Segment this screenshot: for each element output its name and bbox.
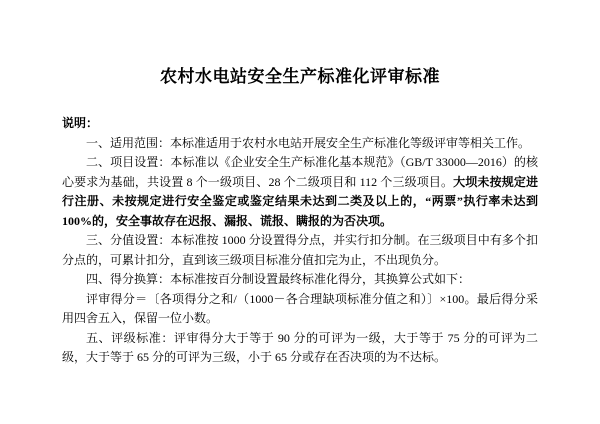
document-page: 农村水电站安全生产标准化评审标准 说明： 一、适用范围：本标准适用于农村水电站开… — [0, 0, 600, 424]
paragraph-score-setup: 三、分值设置：本标准按 1000 分设置得分点，并实行扣分制。在三级项目中有多个… — [62, 231, 538, 270]
section-label: 说明： — [62, 114, 538, 134]
document-body: 说明： 一、适用范围：本标准适用于农村水电站开展安全生产标准化等级评审等相关工作… — [62, 114, 538, 368]
paragraph-score-conversion: 四、得分换算：本标准按百分制设置最终标准化得分，其换算公式如下： — [62, 270, 538, 290]
paragraph-grading-standard: 五、评级标准：评审得分大于等于 90 分的可评为一级，大于等于 75 分的可评为… — [62, 329, 538, 368]
paragraph-grading-standard-text: 五、评级标准：评审得分大于等于 90 分的可评为一级，大于等于 75 分的可评为… — [62, 331, 538, 365]
paragraph-score-conversion-text: 四、得分换算：本标准按百分制设置最终标准化得分，其换算公式如下： — [86, 272, 470, 286]
document-title: 农村水电站安全生产标准化评审标准 — [62, 64, 538, 90]
paragraph-formula: 评审得分＝〔各项得分之和/（1000－各合理缺项标准分值之和）〕×100。最后得… — [62, 290, 538, 329]
paragraph-score-setup-text: 三、分值设置：本标准按 1000 分设置得分点，并实行扣分制。在三级项目中有多个… — [62, 233, 538, 267]
paragraph-scope: 一、适用范围：本标准适用于农村水电站开展安全生产标准化等级评审等相关工作。 — [62, 134, 538, 154]
paragraph-scope-text: 一、适用范围：本标准适用于农村水电站开展安全生产标准化等级评审等相关工作。 — [86, 136, 530, 150]
paragraph-formula-text: 评审得分＝〔各项得分之和/（1000－各合理缺项标准分值之和）〕×100。最后得… — [62, 292, 538, 326]
paragraph-project-setup: 二、项目设置：本标准以《企业安全生产标准化基本规范》（GB/T 33000—20… — [62, 153, 538, 231]
